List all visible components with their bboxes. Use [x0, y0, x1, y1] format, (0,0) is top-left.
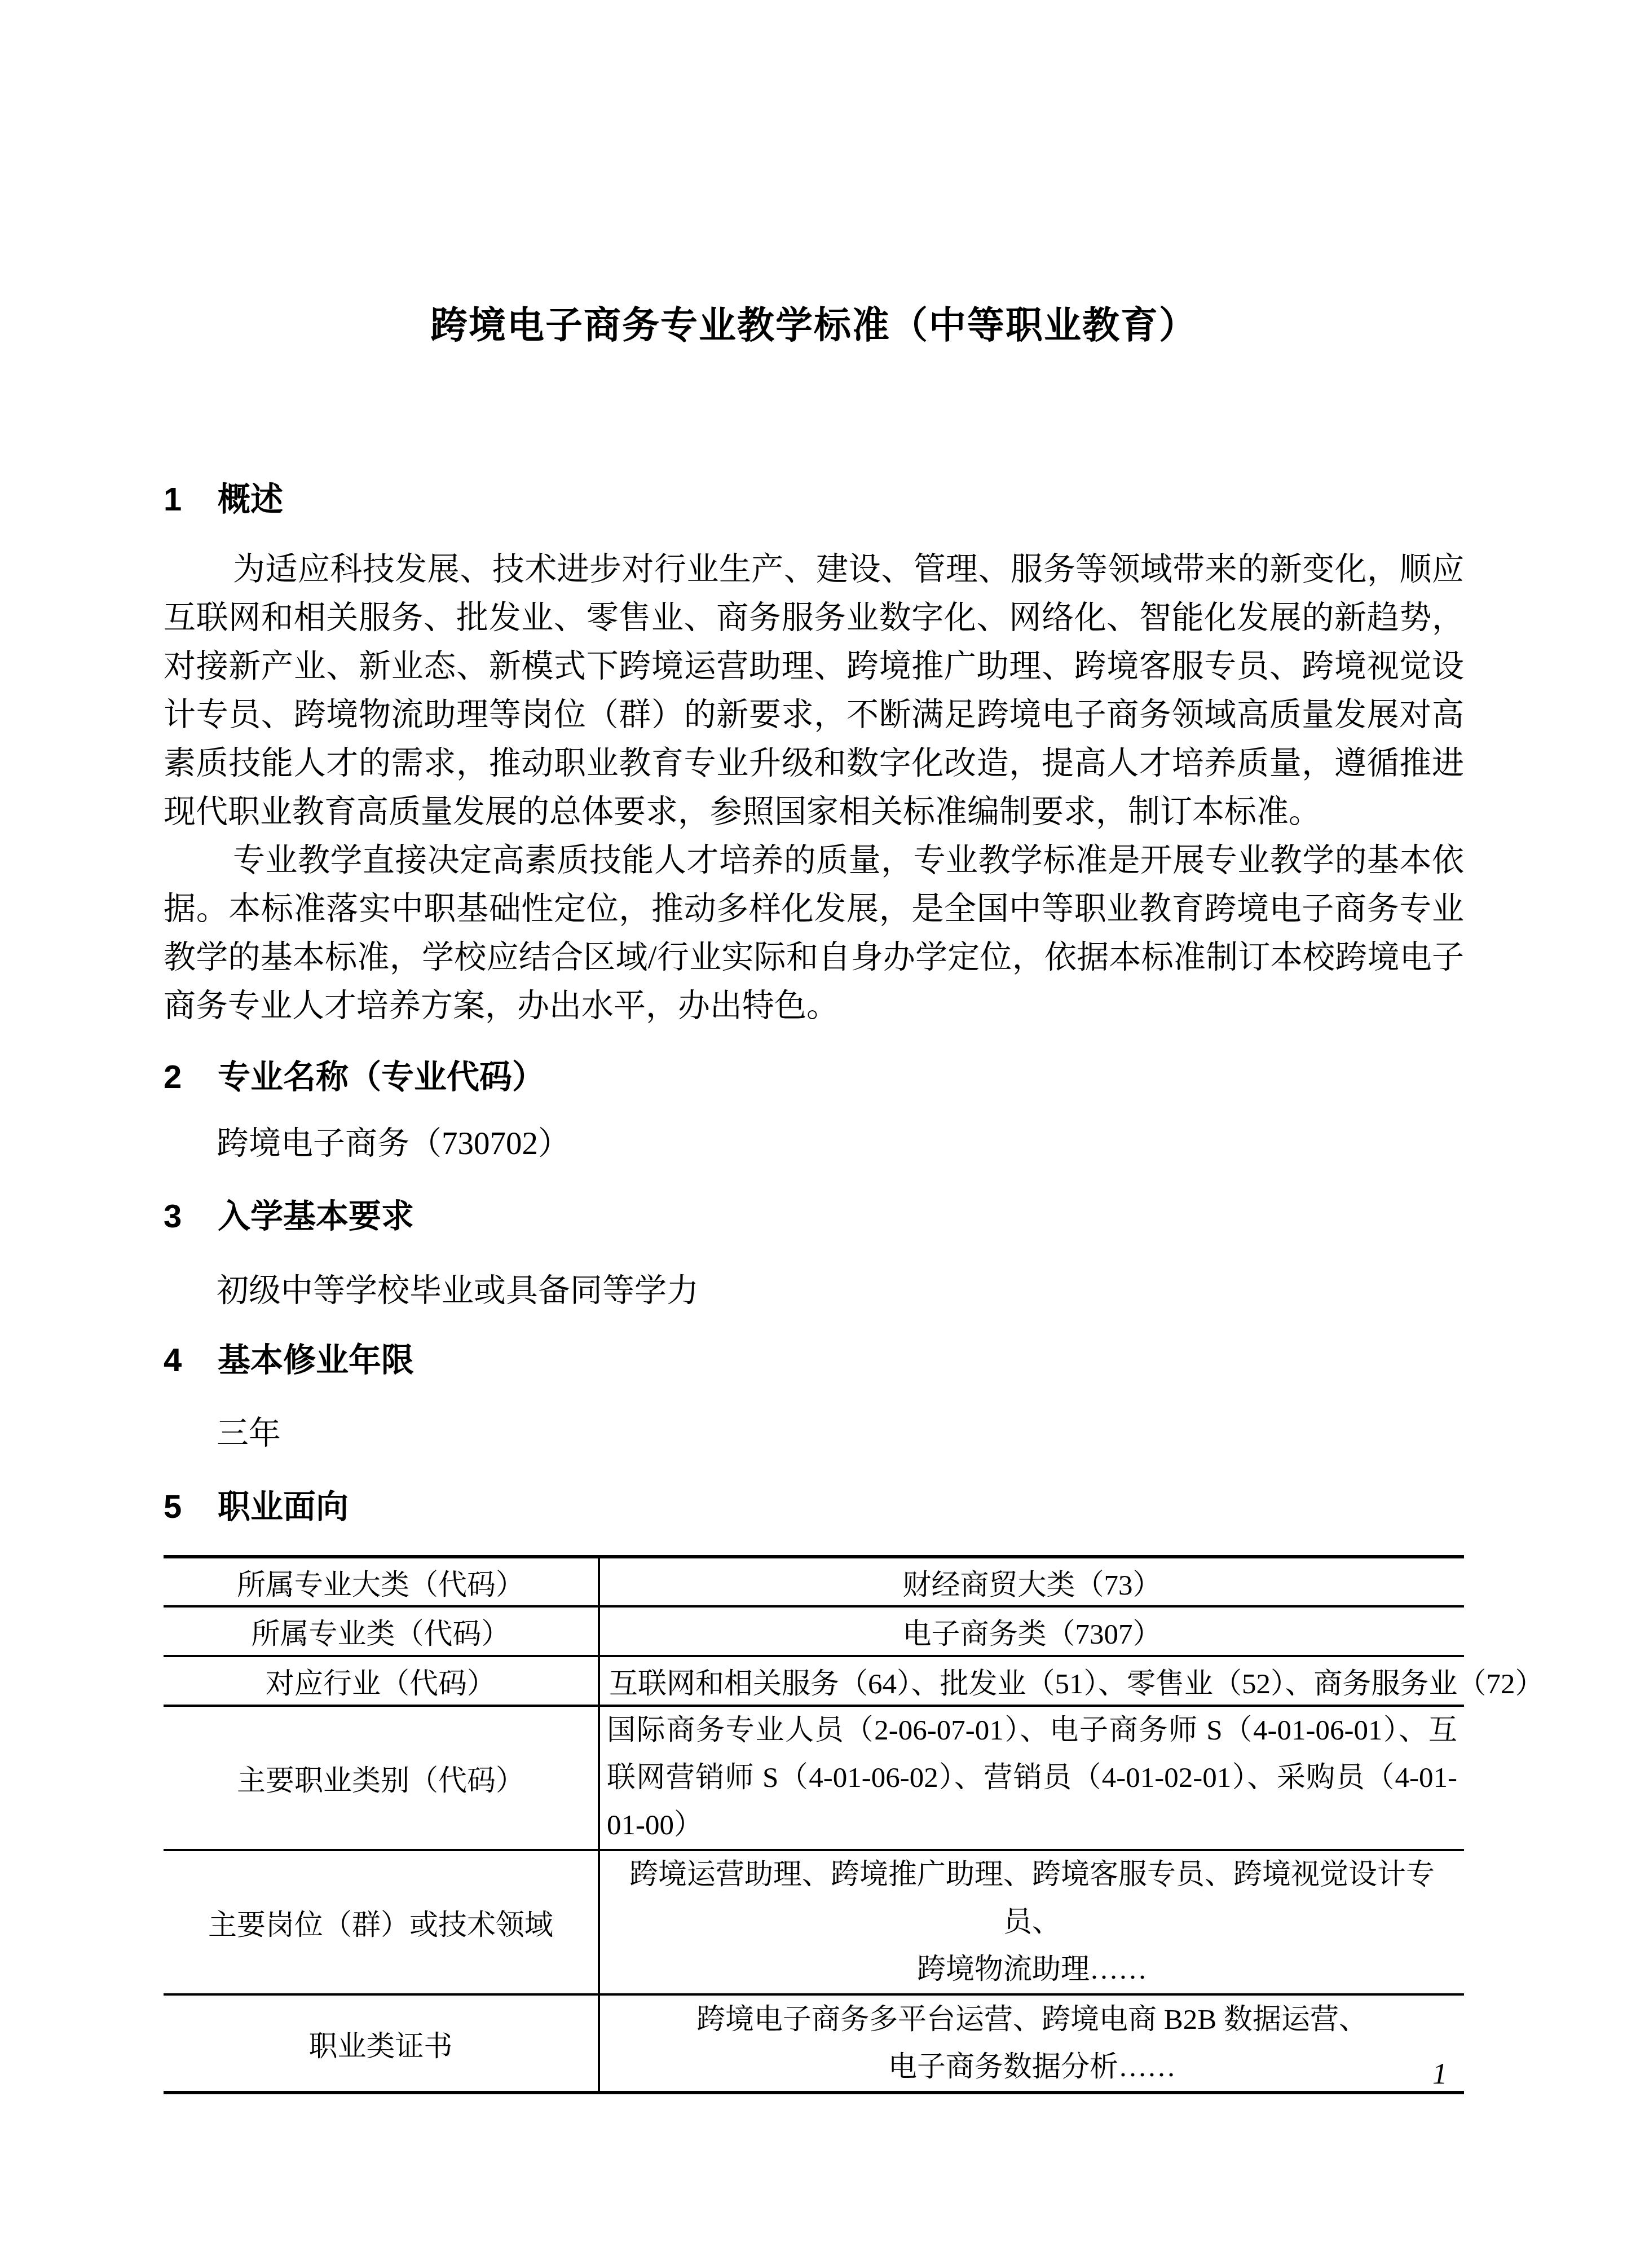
page-number: 1 — [1432, 2058, 1447, 2091]
section-2-number: 2 — [164, 1054, 218, 1100]
row-value: 财经商贸大类（73） — [599, 1557, 1464, 1606]
section-2-title: 专业名称（专业代码） — [218, 1059, 545, 1095]
section-2-heading: 2专业名称（专业代码） — [164, 1054, 1464, 1100]
table-row-category: 所属专业类（代码） 电子商务类（7307） — [164, 1606, 1464, 1656]
row-value-line-2: 跨境物流助理…… — [607, 1946, 1457, 1993]
row-label: 所属专业大类（代码） — [164, 1557, 599, 1606]
table-row-certificates: 职业类证书 跨境电子商务多平台运营、跨境电商 B2B 数据运营、 电子商务数据分… — [164, 1994, 1464, 2093]
section-3-heading: 3入学基本要求 — [164, 1194, 1464, 1240]
row-label: 主要职业类别（代码） — [164, 1706, 599, 1850]
row-label: 对应行业（代码） — [164, 1656, 599, 1706]
row-value-line-2: 电子商务数据分析…… — [607, 2044, 1457, 2091]
entry-requirement: 初级中等学校毕业或具备同等学力 — [164, 1269, 1464, 1314]
row-label: 职业类证书 — [164, 1994, 599, 2093]
section-1-heading: 1概述 — [164, 477, 1464, 523]
row-value: 跨境电子商务多平台运营、跨境电商 B2B 数据运营、 电子商务数据分析…… — [599, 1994, 1464, 2093]
table-row-positions: 主要岗位（群）或技术领域 跨境运营助理、跨境推广助理、跨境客服专员、跨境视觉设计… — [164, 1850, 1464, 1994]
row-value: 互联网和相关服务（64）、批发业（51）、零售业（52）、商务服务业（72） — [599, 1656, 1464, 1706]
row-label: 主要岗位（群）或技术领域 — [164, 1850, 599, 1994]
row-label: 所属专业类（代码） — [164, 1606, 599, 1656]
section-5-heading: 5职业面向 — [164, 1484, 1464, 1530]
section-1-number: 1 — [164, 477, 218, 523]
row-value: 电子商务类（7307） — [599, 1606, 1464, 1656]
row-value-line-1: 跨境电子商务多平台运营、跨境电商 B2B 数据运营、 — [607, 1996, 1457, 2044]
document-content: 跨境电子商务专业教学标准（中等职业教育） 1概述 为适应科技发展、技术进步对行业… — [164, 0, 1464, 2094]
document-page: 跨境电子商务专业教学标准（中等职业教育） 1概述 为适应科技发展、技术进步对行业… — [0, 0, 1627, 2268]
section-5-title: 职业面向 — [218, 1488, 349, 1525]
section-4-heading: 4基本修业年限 — [164, 1337, 1464, 1384]
table-row-major-category: 所属专业大类（代码） 财经商贸大类（73） — [164, 1557, 1464, 1606]
overview-paragraph-1: 为适应科技发展、技术进步对行业生产、建设、管理、服务等领域带来的新变化，顺应互联… — [164, 545, 1464, 836]
study-duration: 三年 — [164, 1411, 1464, 1456]
overview-paragraph-2: 专业教学直接决定高素质技能人才培养的质量，专业教学标准是开展专业教学的基本依据。… — [164, 836, 1464, 1030]
row-value: 国际商务专业人员（2-06-07-01）、电子商务师 S（4-01-06-01）… — [599, 1706, 1464, 1850]
row-value: 跨境运营助理、跨境推广助理、跨境客服专员、跨境视觉设计专员、 跨境物流助理…… — [599, 1850, 1464, 1994]
section-1-title: 概述 — [218, 481, 283, 518]
section-4-title: 基本修业年限 — [218, 1342, 414, 1379]
section-5-number: 5 — [164, 1484, 218, 1530]
major-name-code: 跨境电子商务（730702） — [164, 1121, 1464, 1166]
section-4-number: 4 — [164, 1337, 218, 1384]
row-value-line-1: 跨境运营助理、跨境推广助理、跨境客服专员、跨境视觉设计专员、 — [607, 1851, 1457, 1946]
table-row-occupations: 主要职业类别（代码） 国际商务专业人员（2-06-07-01）、电子商务师 S（… — [164, 1706, 1464, 1850]
section-3-title: 入学基本要求 — [218, 1198, 414, 1235]
career-orientation-table: 所属专业大类（代码） 财经商贸大类（73） 所属专业类（代码） 电子商务类（73… — [164, 1555, 1464, 2094]
section-3-number: 3 — [164, 1194, 218, 1240]
table-row-industries: 对应行业（代码） 互联网和相关服务（64）、批发业（51）、零售业（52）、商务… — [164, 1656, 1464, 1706]
document-title: 跨境电子商务专业教学标准（中等职业教育） — [164, 301, 1464, 351]
